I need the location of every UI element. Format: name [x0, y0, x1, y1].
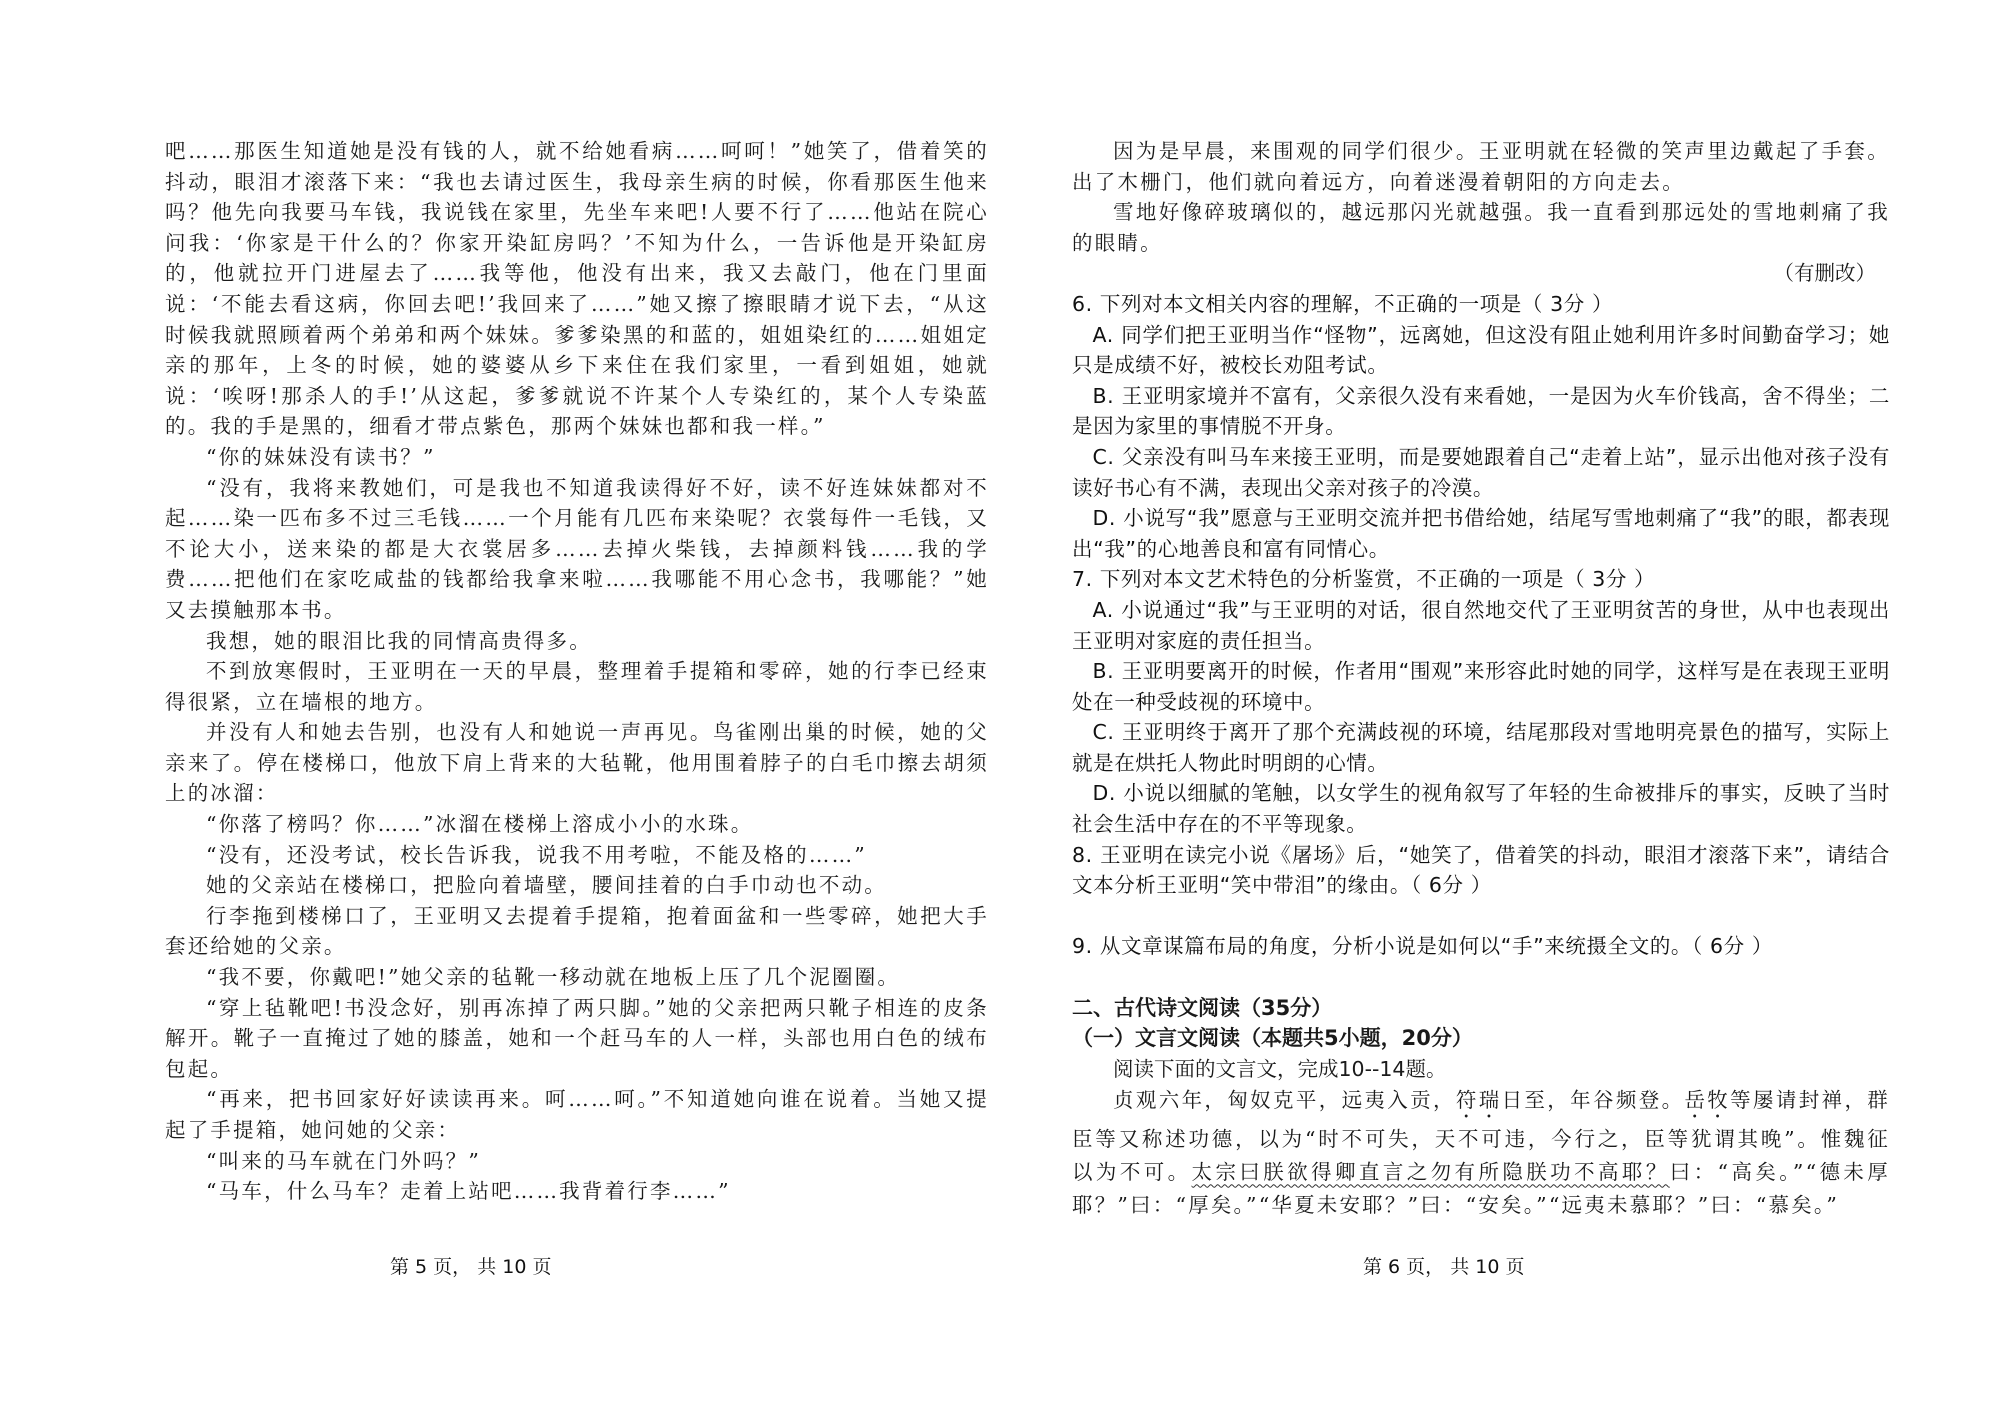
page-6-column: 因为是早晨，来围观的同学们很少。王亚明就在轻微的笑声里边戴起了手套。出了木栅门，… [1072, 136, 1890, 1222]
story-paragraph: “我不要，你戴吧!”她父亲的毡靴一移动就在地板上压了几个泥圈圈。 [165, 962, 989, 993]
emphasized-word: 岳牧 [1684, 1088, 1730, 1112]
subsection-title: （一）文言文阅读（本题共5小题，20分） [1072, 1023, 1890, 1054]
question-7: 7. 下列对本文艺术特色的分析鉴赏，不正确的一项是（ 3分 ） A. 小说通过“… [1072, 564, 1890, 839]
question-8: 8. 王亚明在读完小说《屠场》后，“她笑了，借着笑的抖动，眼泪才滚落下来”，请结… [1072, 840, 1890, 901]
page-number-left: 第 5 页， 共 10 页 [390, 1252, 551, 1279]
option-c: C. 父亲没有叫马车来接王亚明，而是要她跟着自己“走着上站”，显示出他对孩子没有… [1072, 442, 1890, 503]
source-note: （有删改） [1072, 258, 1890, 289]
option-a: A. 小说通过“我”与王亚明的对话，很自然地交代了王亚明贫苦的身世，从中也表现出… [1072, 595, 1890, 656]
story-paragraph: 因为是早晨，来围观的同学们很少。王亚明就在轻微的笑声里边戴起了手套。出了木栅门，… [1072, 136, 1890, 197]
story-paragraph: 吧……那医生知道她是没有钱的人，就不给她看病……呵呵！”她笑了，借着笑的抖动，眼… [165, 136, 989, 442]
story-paragraph: “你的妹妹没有读书？” [165, 442, 989, 473]
wavy-underlined-sentence: 太宗曰朕欲得卿直言之勿有所隐朕功不高耶？ [1192, 1160, 1670, 1184]
section-title: 二、古代诗文阅读（35分） [1072, 993, 1890, 1024]
answer-space [1072, 901, 1890, 932]
answer-space [1072, 962, 1890, 993]
story-paragraph: 她的父亲站在楼梯口，把脸向着墙壁，腰间挂着的白手巾动也不动。 [165, 870, 989, 901]
story-paragraph: 雪地好像碎玻璃似的，越远那闪光就越强。我一直看到那远处的雪地刺痛了我的眼睛。 [1072, 197, 1890, 258]
classical-chinese-passage: 贞观六年，匈奴克平，远夷入贡，符瑞日至，年谷频登。岳牧等屡请封禅，群臣等又称述功… [1072, 1084, 1890, 1222]
question-6: 6. 下列对本文相关内容的理解，不正确的一项是（ 3分 ） A. 同学们把王亚明… [1072, 289, 1890, 564]
story-paragraph: “你落了榜吗？你……”冰溜在楼梯上溶成小小的水珠。 [165, 809, 989, 840]
option-d: D. 小说以细腻的笔触，以女学生的视角叙写了年轻的生命被排斥的事实，反映了当时社… [1072, 778, 1890, 839]
option-b: B. 王亚明家境并不富有，父亲很久没有来看她，一是因为火车价钱高，舍不得坐；二是… [1072, 381, 1890, 442]
story-paragraph: “没有，我将来教她们，可是我也不知道我读得好不好，读不好连妹妹都对不起……染一匹… [165, 473, 989, 626]
question-9: 9. 从文章谋篇布局的角度，分析小说是如何以“手”来统摄全文的。（ 6分 ） [1072, 931, 1890, 962]
page-number-right: 第 6 页， 共 10 页 [1363, 1252, 1524, 1279]
option-d: D. 小说写“我”愿意与王亚明交流并把书借给她，结尾写雪地刺痛了“我”的眼，都表… [1072, 503, 1890, 564]
story-paragraph: “没有，还没考试，校长告诉我，说我不用考啦，不能及格的……” [165, 840, 989, 871]
question-stem: 7. 下列对本文艺术特色的分析鉴赏，不正确的一项是（ 3分 ） [1072, 564, 1890, 595]
story-paragraph: “再来，把书回家好好读读再来。呵……呵。”不知道她向谁在说着。当她又提起了手提箱… [165, 1084, 989, 1145]
passage-text: 贞观六年，匈奴克平，远夷入贡， [1113, 1088, 1456, 1112]
question-stem: 9. 从文章谋篇布局的角度，分析小说是如何以“手”来统摄全文的。（ 6分 ） [1072, 931, 1890, 962]
story-paragraph: 不到放寒假时，王亚明在一天的早晨，整理着手提箱和零碎，她的行李已经束得很紧，立在… [165, 656, 989, 717]
page-5-column: 吧……那医生知道她是没有钱的人，就不给她看病……呵呵！”她笑了，借着笑的抖动，眼… [165, 136, 989, 1207]
story-paragraph: “叫来的马车就在门外吗？” [165, 1146, 989, 1177]
emphasized-word: 符瑞 [1456, 1088, 1502, 1112]
story-paragraph: “穿上毡靴吧!书没念好，别再冻掉了两只脚。”她的父亲把两只靴子相连的皮条解开。靴… [165, 993, 989, 1085]
option-c: C. 王亚明终于离开了那个充满歧视的环境，结尾那段对雪地明亮景色的描写，实际上就… [1072, 717, 1890, 778]
story-paragraph: 我想，她的眼泪比我的同情高贵得多。 [165, 626, 989, 657]
passage-text: 日至，年谷频登。 [1502, 1088, 1685, 1112]
reading-instruction: 阅读下面的文言文，完成10--14题。 [1072, 1054, 1890, 1085]
option-a: A. 同学们把王亚明当作“怪物”，远离她，但这没有阻止她利用许多时间勤奋学习；她… [1072, 320, 1890, 381]
story-paragraph: 并没有人和她去告别，也没有人和她说一声再见。鸟雀刚出巢的时候，她的父亲来了。停在… [165, 717, 989, 809]
question-stem: 8. 王亚明在读完小说《屠场》后，“她笑了，借着笑的抖动，眼泪才滚落下来”，请结… [1072, 840, 1890, 901]
story-paragraph: “马车，什么马车？走着上站吧……我背着行李……” [165, 1176, 989, 1207]
question-stem: 6. 下列对本文相关内容的理解，不正确的一项是（ 3分 ） [1072, 289, 1890, 320]
story-paragraph: 行李拖到楼梯口了，王亚明又去提着手提箱，抱着面盆和一些零碎，她把大手套还给她的父… [165, 901, 989, 962]
option-b: B. 王亚明要离开的时候，作者用“围观”来形容此时她的同学，这样写是在表现王亚明… [1072, 656, 1890, 717]
